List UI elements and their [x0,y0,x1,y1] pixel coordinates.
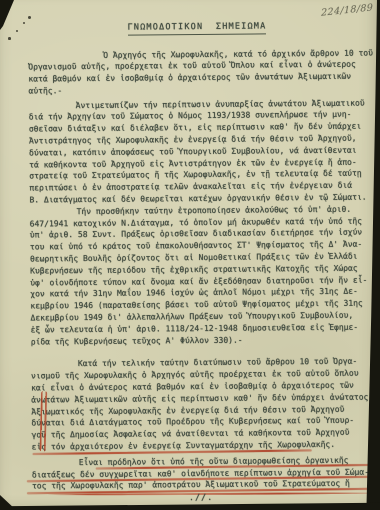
scan-edge-bottom-left [0,495,16,510]
handwritten-page-number: 224/18/89 [321,2,373,19]
paper-speck [28,16,31,19]
document-title: ΓΝΩΜΟΔΟΤΙΚΟΝ ΣΗΜΕΙΩΜΑ [28,21,366,36]
scanned-document-page: 224/18/89 ΓΝΩΜΟΔΟΤΙΚΟΝ ΣΗΜΕΙΩΜΑ Ὁ Ἀρχηγό… [0,0,380,510]
end-of-text-mark: .//. [32,492,370,505]
document-line: αὐτῆς.- [28,82,366,97]
document-title-text: ΓΝΩΜΟΔΟΤΙΚΟΝ ΣΗΜΕΙΩΜΑ [127,21,266,35]
document-line: ρίδα τῆς Κυβερνήσεως τεῦχος Α' Φύλλον 33… [31,333,369,348]
document-lines: Ὁ Ἀρχηγός τῆς Χωροφυλακῆς, κατά τό ἀρχικ… [28,47,370,493]
document-body: ΓΝΩΜΟΔΟΤΙΚΟΝ ΣΗΜΕΙΩΜΑ Ὁ Ἀρχηγός τῆς Χωρο… [28,21,370,505]
paper-speck [16,30,18,32]
document-line: εἰς τόν ἀρχαιότερον ἐν ἐνεργείᾳ Συνταγμα… [32,439,370,454]
paper-speck [23,22,25,24]
scan-edge-top-left [0,0,16,32]
paper-speck [8,37,11,40]
